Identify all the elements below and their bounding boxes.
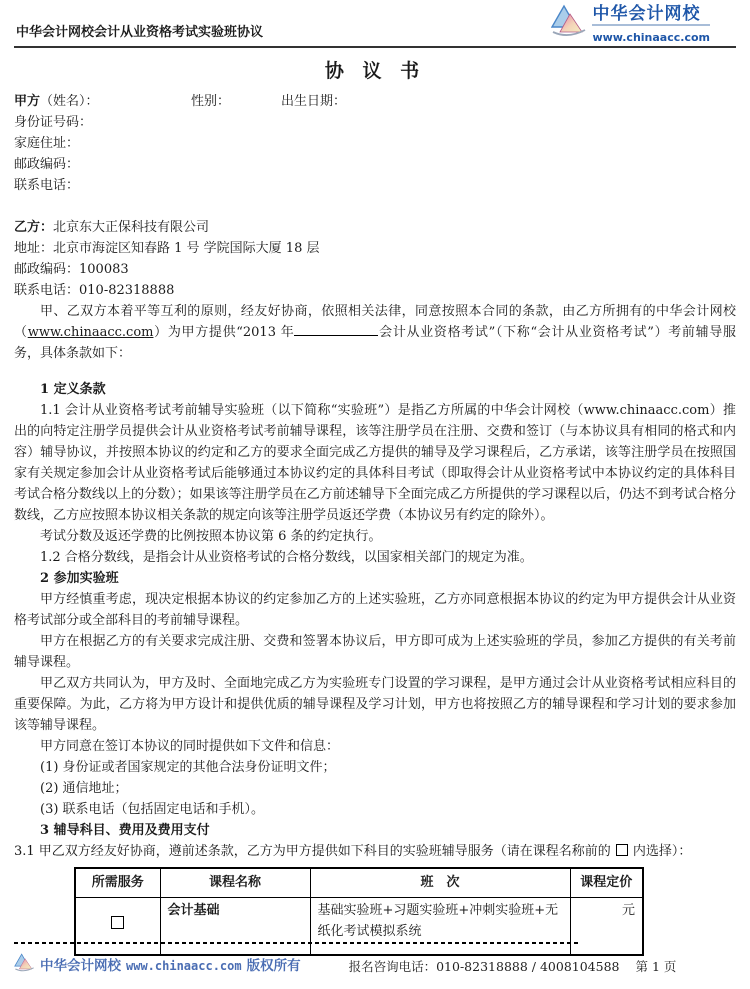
party-a-gender-field: 性别：	[191, 91, 281, 112]
party-b-address: 地址：北京市海淀区知春路 1 号 学院国际大厦 18 层	[14, 238, 736, 259]
clause-3-1-text-b: 内选择）：	[633, 844, 692, 859]
course-table-header-row: 所需服务 课程名称 班 次 课程定价	[75, 868, 643, 897]
party-a-label: 甲方	[14, 94, 40, 109]
clause-1-1: 1.1 会计从业资格考试考前辅导实验班（以下简称“实验班”）是指乙方所属的中华会…	[14, 400, 736, 526]
party-b-company: 北京东大正保科技有限公司	[53, 220, 209, 235]
brand-logo-text: 中华会计网校 www.chinaacc.com	[592, 4, 710, 48]
brand-name: 中华会计网校	[592, 4, 710, 24]
col-header-classes: 班 次	[310, 868, 570, 897]
party-b-phone: 联系电话：010-82318888	[14, 280, 736, 301]
footer-divider	[14, 942, 580, 944]
clause-2-item-1: (1) 身份证或者国家规定的其他合法身份证明文件；	[14, 757, 736, 778]
party-b-block: 乙方：北京东大正保科技有限公司 地址：北京市海淀区知春路 1 号 学院国际大厦 …	[14, 217, 736, 301]
footer-logo-icon	[14, 953, 35, 980]
clause-2-p3: 甲乙双方共同认为，甲方及时、全面地完成乙方为实验班专门设置的学习课程，是甲方通过…	[14, 673, 736, 736]
page-number: 第 1 页	[635, 959, 676, 974]
document-header-title: 中华会计网校会计从业资格考试实验班协议	[16, 22, 263, 43]
brand-logo: 中华会计网校 www.chinaacc.com	[551, 4, 710, 48]
party-b-zip: 邮政编码：100083	[14, 259, 736, 280]
clause-3-1-text-a: 3.1 甲乙双方经友好协商，遵前述条款，乙方为甲方提供如下科目的实验班辅导服务（…	[14, 844, 611, 859]
party-a-name-field: 甲方（姓名）：	[14, 91, 191, 112]
clause-1-2: 1.2 合格分数线，是指会计从业资格考试的合格分数线，以国家相关部门的规定为准。	[14, 547, 736, 568]
intro-paragraph: 甲、乙双方本着平等互利的原则，经友好协商，依照相关法律，同意按照本合同的条款，由…	[14, 301, 736, 364]
col-header-course: 课程名称	[160, 868, 310, 897]
col-header-service: 所需服务	[75, 868, 160, 897]
course-checkbox[interactable]	[111, 916, 124, 929]
footer-url-link[interactable]: www.chinaacc.com	[126, 956, 242, 977]
footer-contact-block: 报名咨询电话：010-82318888 / 4008104588 第 1 页	[349, 956, 677, 977]
clause-2-p2: 甲方在根据乙方的有关要求完成注册、交费和签署本协议后，甲方即可成为上述实验班的学…	[14, 631, 736, 673]
checkbox-glyph	[616, 844, 628, 856]
party-a-name-label: （姓名）：	[40, 94, 99, 109]
party-b-label: 乙方：	[14, 220, 53, 235]
clause-2-item-3: (3) 联系电话（包括固定电话和手机）。	[14, 799, 736, 820]
party-a-home-field: 家庭住址：	[14, 133, 736, 154]
intro-text-2: ）为甲方提供“2013 年	[153, 325, 294, 340]
party-b-line1: 乙方：北京东大正保科技有限公司	[14, 217, 736, 238]
clause-1-1-note: 考试分数及返还学费的比例按照本协议第 6 条的约定执行。	[14, 526, 736, 547]
party-a-id-field: 身份证号码：	[14, 112, 736, 133]
party-a-block: 甲方（姓名）：性别：出生日期： 身份证号码： 家庭住址： 邮政编码： 联系电话：	[14, 91, 736, 196]
party-a-line1: 甲方（姓名）：性别：出生日期：	[14, 91, 736, 112]
clause-2-item-2: (2) 通信地址；	[14, 778, 736, 799]
party-a-zip-field: 邮政编码：	[14, 154, 736, 175]
section-1-heading: 1 定义条款	[14, 379, 736, 400]
agreement-title: 协 议 书	[14, 61, 736, 82]
year-blank-field[interactable]	[294, 322, 378, 336]
section-3-heading: 3 辅导科目、费用及费用支付	[14, 820, 736, 841]
page-header: 中华会计网校会计从业资格考试实验班协议 中华	[14, 0, 736, 48]
party-a-phone-field: 联系电话：	[14, 175, 736, 196]
col-header-price: 课程定价	[570, 868, 643, 897]
clause-3-1: 3.1 甲乙双方经友好协商，遵前述条款，乙方为甲方提供如下科目的实验班辅导服务（…	[14, 841, 736, 862]
footer-copyright: 版权所有	[247, 956, 301, 977]
clause-2-p4: 甲方同意在签订本协议的同时提供如下文件和信息：	[14, 736, 736, 757]
intro-url-link[interactable]: www.chinaacc.com	[28, 325, 154, 340]
brand-logo-icon	[551, 4, 587, 46]
clause-2-p1: 甲方经慎重考虑，现决定根据本协议的约定参加乙方的上述实验班，乙方亦同意根据本协议…	[14, 589, 736, 631]
footer-brand-name: 中华会计网校	[40, 956, 121, 977]
page-footer: 中华会计网校 www.chinaacc.com 版权所有 报名咨询电话：010-…	[14, 942, 736, 980]
footer-contact-phone: 报名咨询电话：010-82318888 / 4008104588	[349, 959, 620, 974]
brand-url-link[interactable]: www.chinaacc.com	[592, 24, 710, 48]
clauses-block: 1 定义条款 1.1 会计从业资格考试考前辅导实验班（以下简称“实验班”）是指乙…	[14, 379, 736, 956]
document-page: 中华会计网校会计从业资格考试实验班协议 中华	[0, 0, 750, 989]
section-2-heading: 2 参加实验班	[14, 568, 736, 589]
footer-brand-block: 中华会计网校 www.chinaacc.com 版权所有	[14, 953, 301, 980]
party-a-birth-field: 出生日期：	[281, 94, 346, 109]
footer-row: 中华会计网校 www.chinaacc.com 版权所有 报名咨询电话：010-…	[14, 953, 736, 980]
